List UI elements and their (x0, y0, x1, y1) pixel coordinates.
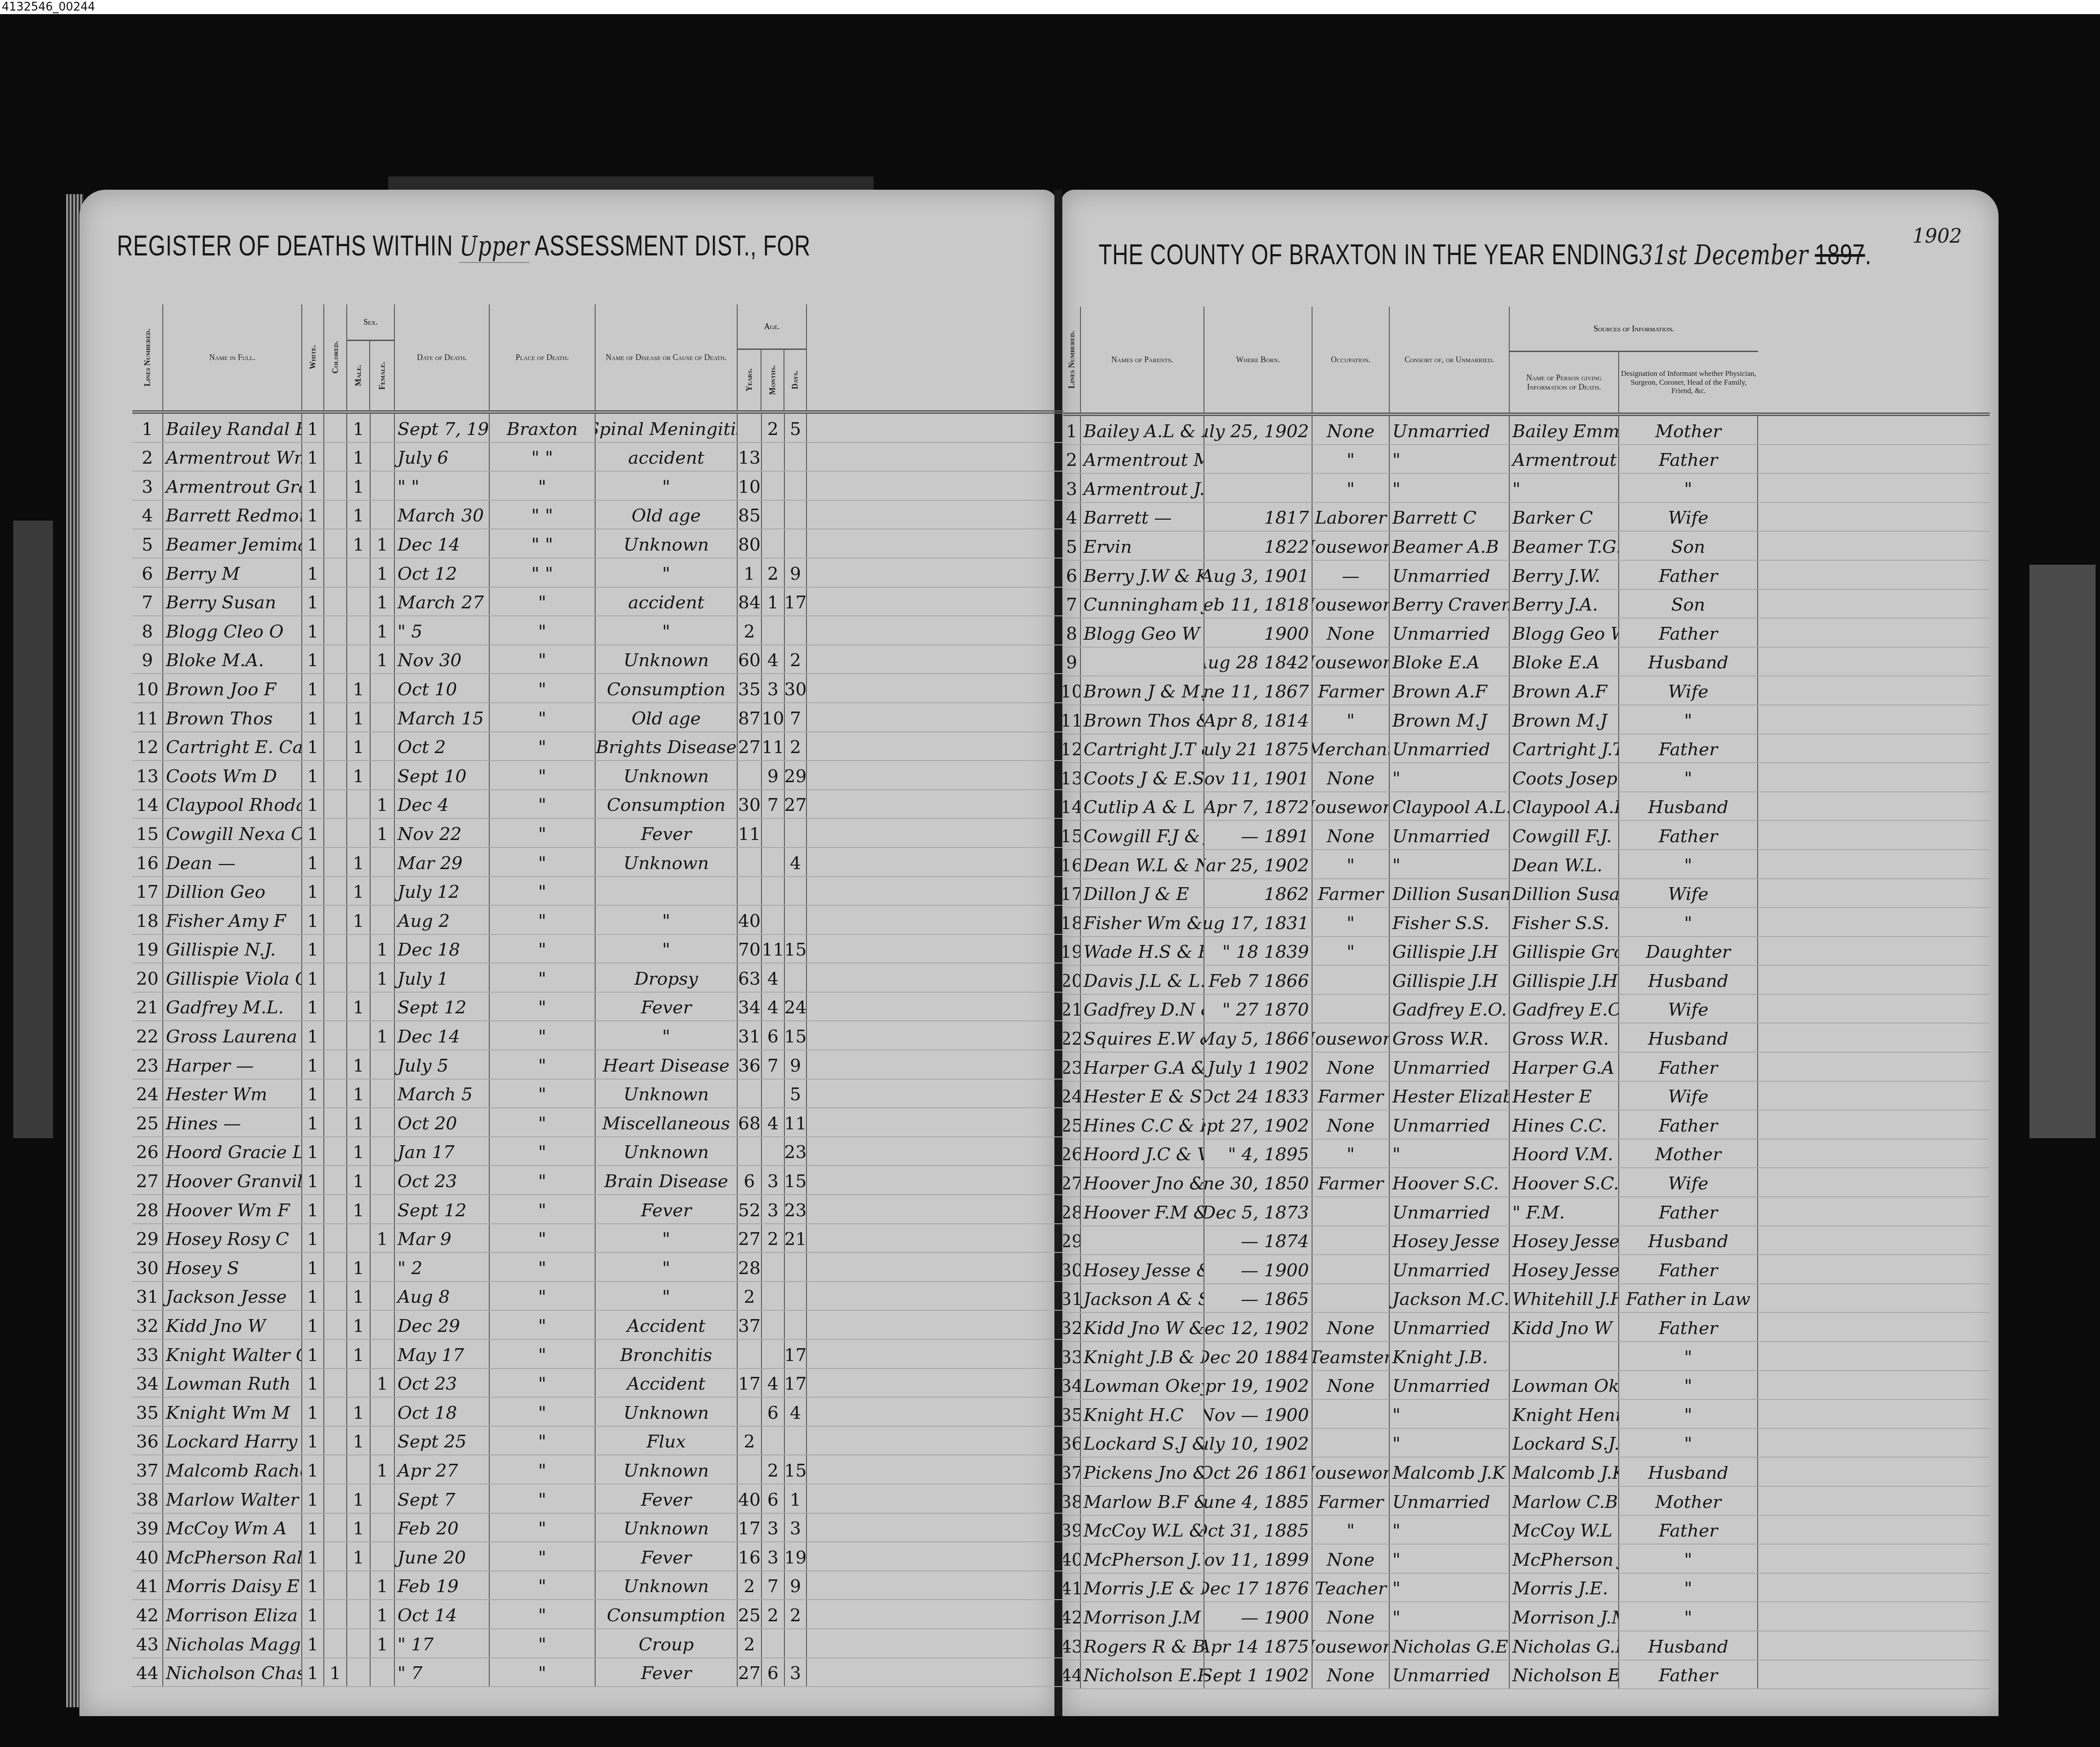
right-cell-consort: Gross W.R. (1390, 1023, 1510, 1052)
right-cell-occupation: None (1312, 821, 1390, 849)
left-cell-name: Bailey Randal E (163, 414, 302, 442)
left-cell-female (371, 1542, 395, 1571)
col-name-in-full: Name in Full. (163, 304, 302, 410)
left-cell-years: 17 (738, 1369, 762, 1397)
right-cell-occupation: None (1312, 1661, 1390, 1689)
right-cell-designation: Husband (1619, 1023, 1758, 1052)
right-cell-consort: " (1390, 1140, 1510, 1168)
right-cell-no: 21 (1063, 995, 1081, 1023)
right-cell-parents: Jackson A & S (1081, 1284, 1204, 1312)
left-table-row: 28Hoover Wm F11Sept 12"Fever52323 (132, 1195, 1063, 1224)
left-cell-date: Apr 27 (395, 1455, 490, 1484)
col-years: Years. (738, 350, 761, 410)
left-cell-no: 41 (132, 1571, 163, 1600)
left-cell-white: 1 (302, 906, 324, 934)
right-cell-informant: Dillion Susan (1510, 879, 1619, 907)
right-cell-informant: Cowgill F.J. (1510, 821, 1619, 849)
left-cell-colored (324, 819, 347, 847)
col-informant-designation: Designation of Informant whether Physici… (1619, 352, 1758, 412)
left-cell-male (347, 963, 371, 992)
left-cell-place: " (490, 645, 596, 674)
right-cell-no: 25 (1063, 1110, 1081, 1139)
right-cell-consort: Hester Elizabeth (1390, 1082, 1510, 1110)
left-cell-colored (324, 703, 347, 731)
right-cell-consort: Unmarried (1390, 1661, 1510, 1689)
left-cell-colored (324, 1427, 347, 1455)
col-female: Female. (370, 341, 394, 410)
right-cell-no: 35 (1063, 1400, 1081, 1428)
left-cell-colored (324, 1080, 347, 1108)
right-cell-occupation (1312, 1284, 1390, 1312)
right-cell-designation: Father (1619, 821, 1758, 849)
left-cell-name: Gillispie Viola O (163, 963, 302, 992)
left-cell-months: 4 (762, 1108, 785, 1136)
left-cell-colored (324, 1253, 347, 1281)
right-cell-informant: Gadfrey E.O. (1510, 995, 1619, 1023)
right-cell-occupation (1312, 995, 1390, 1023)
left-cell-months (762, 443, 785, 471)
left-cell-date: Oct 12 (395, 559, 490, 587)
right-cell-born: Apr 8, 1814 (1204, 705, 1312, 734)
left-table-row: 41Morris Daisy E11Feb 19"Unknown279 (132, 1571, 1063, 1601)
right-table-row: 27Hoover Jno & LJune 30, 1850FarmerHoove… (1063, 1168, 1990, 1197)
right-cell-consort: Bloke E.A (1390, 648, 1510, 676)
col-place-of-death: Place of Death. (490, 304, 596, 410)
left-cell-female: 1 (371, 963, 395, 992)
right-cell-informant: Hosey Jesse (1510, 1226, 1619, 1255)
left-table-row: 13Coots Wm D11Sept 10"Unknown929 (132, 761, 1063, 790)
left-cell-days: 4 (785, 848, 807, 876)
right-cell-born: Dec 5, 1873 (1204, 1197, 1312, 1226)
right-cell-informant: Gillispie J.H (1510, 966, 1619, 994)
right-cell-designation: Wife (1619, 879, 1758, 907)
right-cell-parents: Cutlip A & L (1081, 792, 1204, 821)
right-table-row: 36Lockard S.J & M.AJuly 10, 1902"Lockard… (1063, 1429, 1990, 1458)
left-cell-female: 1 (371, 645, 395, 674)
col-group-age: Age. Years. Months. Days. (738, 304, 807, 410)
left-cell-date: March 15 (395, 703, 490, 731)
left-table-row: 34Lowman Ruth11Oct 23"Accident17417 (132, 1369, 1063, 1398)
left-cell-cause: Brain Disease (596, 1166, 738, 1194)
left-cell-female (371, 703, 395, 731)
left-table-row: 5Beamer Jemima111Dec 14" "Unknown80 (132, 529, 1063, 559)
left-cell-date: Oct 20 (395, 1108, 490, 1136)
left-cell-months: 3 (762, 674, 785, 702)
left-cell-cause: Miscellaneous (596, 1108, 738, 1136)
right-cell-born: Apr 19, 1902 (1204, 1371, 1312, 1399)
left-cell-cause: Fever (596, 1542, 738, 1571)
left-cell-cause: " (596, 616, 738, 645)
left-cell-colored (324, 877, 347, 905)
left-cell-colored (324, 559, 347, 587)
left-cell-place: " (490, 1021, 596, 1050)
right-cell-born: July 25, 1902 (1204, 416, 1312, 444)
left-cell-male (347, 1369, 371, 1397)
left-cell-female (371, 1282, 395, 1310)
left-cell-white: 1 (302, 472, 324, 500)
left-cell-place: " (490, 674, 596, 702)
left-cell-years: 2 (738, 616, 762, 645)
right-cell-informant: Fisher S.S. (1510, 908, 1619, 936)
left-cell-female (371, 1311, 395, 1339)
left-cell-place: " (490, 906, 596, 934)
right-table-row: 14Cutlip A & LApr 7, 1872HouseworkClaypo… (1063, 792, 1990, 821)
right-cell-born: Nov 11, 1899 (1204, 1545, 1312, 1573)
left-cell-white: 1 (302, 1514, 324, 1542)
right-cell-occupation: None (1312, 1110, 1390, 1139)
left-cell-days: 29 (785, 761, 807, 789)
left-table-row: 4Barrett Redmon11March 30" "Old age85 (132, 501, 1063, 530)
left-cell-cause: accident (596, 588, 738, 616)
left-cell-male: 1 (347, 1398, 371, 1426)
right-cell-informant: Hoord V.M. (1510, 1140, 1619, 1168)
left-cell-name: McCoy Wm A (163, 1514, 302, 1542)
left-cell-female: 1 (371, 588, 395, 616)
left-cell-years: 2 (738, 1427, 762, 1455)
left-cell-white: 1 (302, 1137, 324, 1166)
left-cell-date: Aug 2 (395, 906, 490, 934)
right-cell-designation: " (1619, 705, 1758, 734)
right-cell-occupation (1312, 966, 1390, 994)
left-cell-male: 1 (347, 1137, 371, 1166)
left-cell-no: 43 (132, 1629, 163, 1657)
right-cell-parents: Fisher Wm & E (1081, 908, 1204, 936)
left-cell-white: 1 (302, 616, 324, 645)
right-cell-informant: Malcomb J.K (1510, 1458, 1619, 1486)
left-cell-years: 31 (738, 1021, 762, 1050)
left-cell-no: 30 (132, 1253, 163, 1281)
right-cell-parents: Rogers R & B (1081, 1631, 1204, 1660)
left-cell-female: 1 (371, 616, 395, 645)
left-cell-colored: 1 (324, 1658, 347, 1687)
right-cell-informant: Nicholas G.E. (1510, 1631, 1619, 1660)
left-table-row: 35Knight Wm M11Oct 18"Unknown64 (132, 1398, 1063, 1427)
left-cell-female (371, 1195, 395, 1223)
right-cell-informant: Bloke E.A (1510, 648, 1619, 676)
left-cell-date: March 30 (395, 501, 490, 529)
left-cell-white: 1 (302, 1369, 324, 1397)
left-cell-male (347, 1224, 371, 1252)
right-cell-consort: Dillion Susan (1390, 879, 1510, 907)
right-cell-no: 28 (1063, 1197, 1081, 1226)
right-cell-no: 2 (1063, 445, 1081, 473)
left-cell-name: Nicholson Chas (163, 1658, 302, 1687)
left-cell-female: 1 (371, 1571, 395, 1600)
left-cell-colored (324, 761, 347, 789)
left-cell-days: 23 (785, 1137, 807, 1166)
left-cell-name: Morris Daisy E (163, 1571, 302, 1600)
left-cell-days: 27 (785, 790, 807, 818)
left-cell-colored (324, 674, 347, 702)
right-cell-informant: " (1510, 474, 1619, 502)
left-cell-male: 1 (347, 1514, 371, 1542)
left-cell-no: 44 (132, 1658, 163, 1687)
right-cell-informant: Berry J.W. (1510, 561, 1619, 589)
right-cell-born: June 4, 1885 (1204, 1487, 1312, 1515)
left-cell-cause: Accident (596, 1369, 738, 1397)
left-table-row: 9Bloke M.A.11Nov 30"Unknown6042 (132, 645, 1063, 675)
right-cell-designation: Daughter (1619, 937, 1758, 965)
left-cell-years: 27 (738, 732, 762, 761)
left-cell-years: 40 (738, 906, 762, 934)
left-cell-name: Gillispie N.J. (163, 935, 302, 963)
left-cell-days (785, 616, 807, 645)
left-cell-months (762, 848, 785, 876)
left-cell-years: 1 (738, 559, 762, 587)
right-cell-born: July 10, 1902 (1204, 1429, 1312, 1457)
left-cell-male: 1 (347, 1108, 371, 1136)
right-table-row: 16Dean W.L & NMar 25, 1902""Dean W.L." (1063, 850, 1990, 879)
right-cell-parents: McPherson J.W & E.E (1081, 1545, 1204, 1573)
right-cell-designation: Wife (1619, 676, 1758, 705)
left-table-row: 7Berry Susan11March 27"accident84117 (132, 588, 1063, 617)
left-cell-years: 2 (738, 1571, 762, 1600)
left-cell-days (785, 1629, 807, 1657)
left-cell-female: 1 (371, 559, 395, 587)
right-cell-designation: Husband (1619, 966, 1758, 994)
left-cell-place: " (490, 1542, 596, 1571)
col-group-sex: Sex. Male. Female. (347, 304, 395, 410)
year-overwrite-handwritten: 1902 (1912, 225, 1962, 247)
right-cell-parents: Berry J.W & Kate (1081, 561, 1204, 589)
right-table-row: 22Squires E.W & MMay 5, 1866HouseworkGro… (1063, 1023, 1990, 1053)
right-cell-consort: Claypool A.L. (1390, 792, 1510, 821)
left-cell-months: 2 (762, 414, 785, 442)
left-cell-date: " 17 (395, 1629, 490, 1657)
right-cell-no: 7 (1063, 590, 1081, 618)
right-cell-occupation: Farmer (1312, 676, 1390, 705)
left-cell-name: Berry Susan (163, 588, 302, 616)
left-cell-white: 1 (302, 645, 324, 674)
right-cell-consort: Knight J.B. (1390, 1342, 1510, 1370)
left-cell-date: " " (395, 472, 490, 500)
left-cell-female (371, 501, 395, 529)
right-cell-occupation: " (1312, 1140, 1390, 1168)
left-table-row: 29Hosey Rosy C11Mar 9""27221 (132, 1224, 1063, 1253)
left-cell-days: 2 (785, 732, 807, 761)
col-months: Months. (761, 350, 784, 410)
right-cell-parents: Squires E.W & M (1081, 1023, 1204, 1052)
right-table-row: 10Brown J & M.JJune 11, 1867FarmerBrown … (1063, 676, 1990, 705)
left-cell-years: 27 (738, 1224, 762, 1252)
left-cell-cause: Unknown (596, 1514, 738, 1542)
left-cell-cause: Unknown (596, 1398, 738, 1426)
left-cell-male (347, 1658, 371, 1687)
left-cell-cause: " (596, 1021, 738, 1050)
left-cell-white: 1 (302, 963, 324, 992)
right-table-row: 17Dillon J & E1862FarmerDillion SusanDil… (1063, 879, 1990, 908)
right-table-row: 6Berry J.W & KateAug 3, 1901—UnmarriedBe… (1063, 561, 1990, 590)
left-cell-male: 1 (347, 501, 371, 529)
left-cell-years: 87 (738, 703, 762, 731)
left-cell-date: Oct 23 (395, 1369, 490, 1397)
right-cell-born: Apr 7, 1872 (1204, 792, 1312, 821)
left-cell-female: 1 (371, 790, 395, 818)
right-cell-consort: Unmarried (1390, 1487, 1510, 1515)
left-cell-date: Mar 29 (395, 848, 490, 876)
left-cell-colored (324, 1369, 347, 1397)
right-cell-born: " 18 1839 (1204, 937, 1312, 965)
right-cell-no: 34 (1063, 1371, 1081, 1399)
left-table-row: 14Claypool Rhoda11Dec 4"Consumption30727 (132, 790, 1063, 819)
left-cell-months: 7 (762, 1571, 785, 1600)
left-cell-name: Jackson Jesse (163, 1282, 302, 1310)
left-cell-male: 1 (347, 1340, 371, 1368)
right-cell-born: — 1865 (1204, 1284, 1312, 1312)
left-cell-male (347, 1021, 371, 1050)
left-cell-place: " (490, 761, 596, 789)
col-date-of-death: Date of Death. (395, 304, 490, 410)
left-cell-female (371, 472, 395, 500)
left-cell-place: " (490, 1311, 596, 1339)
right-table-row: 4Barrett —1817LaborerBarrett CBarker CWi… (1063, 503, 1990, 532)
left-table-row: 21Gadfrey M.L.11Sept 12"Fever34424 (132, 993, 1063, 1022)
right-table-row: 1Bailey A.L & EJuly 25, 1902NoneUnmarrie… (1063, 416, 1990, 445)
left-cell-colored (324, 935, 347, 963)
left-cell-place: " (490, 1253, 596, 1281)
right-cell-born: Feb 7 1866 (1204, 966, 1312, 994)
right-cell-born: Dec 20 1884 (1204, 1342, 1312, 1370)
left-cell-female (371, 1514, 395, 1542)
left-cell-male (347, 935, 371, 963)
right-table-row: 3Armentrout J.M & S"""" (1063, 474, 1990, 503)
left-cell-name: Knight Walter G (163, 1340, 302, 1368)
left-table-row: 2Armentrout Wm H11July 6" "accident13 (132, 443, 1063, 472)
right-table-row: 26Hoord J.C & V.M." 4, 1895""Hoord V.M.M… (1063, 1140, 1990, 1169)
left-cell-days: 30 (785, 674, 807, 702)
left-cell-name: Berry M (163, 559, 302, 587)
left-cell-cause: Old age (596, 501, 738, 529)
left-cell-no: 26 (132, 1137, 163, 1166)
right-cell-no: 15 (1063, 821, 1081, 849)
left-cell-months (762, 1629, 785, 1657)
left-cell-white: 1 (302, 1427, 324, 1455)
left-cell-place: " (490, 1080, 596, 1108)
right-cell-occupation: Teamster (1312, 1342, 1390, 1370)
left-cell-place: " (490, 1600, 596, 1628)
left-cell-years: 52 (738, 1195, 762, 1223)
right-cell-parents: Barrett — (1081, 503, 1204, 531)
right-table-row: 43Rogers R & BApr 14 1875HouseworkNichol… (1063, 1631, 1990, 1661)
left-cell-months: 3 (762, 1166, 785, 1194)
left-cell-male (347, 1455, 371, 1484)
left-cell-male (347, 819, 371, 847)
left-cell-colored (324, 1224, 347, 1252)
right-cell-born: 1817 (1204, 503, 1312, 531)
right-cell-born: — 1891 (1204, 821, 1312, 849)
left-cell-date: Oct 2 (395, 732, 490, 761)
right-cell-consort: " (1390, 1516, 1510, 1544)
left-cell-date: Oct 10 (395, 674, 490, 702)
right-cell-born: Dec 12, 1902 (1204, 1313, 1312, 1341)
left-cell-days: 5 (785, 1080, 807, 1108)
right-cell-born: Aug 3, 1901 (1204, 561, 1312, 589)
left-cell-months (762, 501, 785, 529)
left-cell-no: 15 (132, 819, 163, 847)
left-cell-name: Claypool Rhoda (163, 790, 302, 818)
left-cell-female (371, 674, 395, 702)
right-cell-consort: Unmarried (1390, 1255, 1510, 1283)
left-cell-female (371, 1427, 395, 1455)
right-cell-occupation: " (1312, 1516, 1390, 1544)
right-cell-born: Sept 1 1902 (1204, 1661, 1312, 1689)
right-cell-no: 19 (1063, 937, 1081, 965)
right-cell-occupation: Merchant (1312, 735, 1390, 763)
left-cell-place: " (490, 1427, 596, 1455)
right-table-row: 8Blogg Geo W & C.A1900NoneUnmarriedBlogg… (1063, 619, 1990, 648)
left-cell-name: Malcomb Rachel (163, 1455, 302, 1484)
left-cell-date: Sept 10 (395, 761, 490, 789)
left-cell-months: 3 (762, 1542, 785, 1571)
right-cell-informant: Armentrout J.M (1510, 445, 1619, 473)
left-cell-date: Aug 8 (395, 1282, 490, 1310)
left-cell-female (371, 414, 395, 442)
left-cell-cause: Spinal Meningitis (596, 414, 738, 442)
right-table-row: 34Lowman Okey & MApr 19, 1902NoneUnmarri… (1063, 1371, 1990, 1400)
right-table-row: 7Cunningham J & MFeb 11, 1818HouseworkBe… (1063, 590, 1990, 619)
left-cell-date: " 5 (395, 616, 490, 645)
right-cell-born: " 27 1870 (1204, 995, 1312, 1023)
left-cell-no: 27 (132, 1166, 163, 1194)
right-cell-informant: Whitehill J.H (1510, 1284, 1619, 1312)
right-cell-informant: " F.M. (1510, 1197, 1619, 1226)
right-page-title: THE COUNTY OF BRAXTON IN THE YEAR ENDING… (1099, 238, 1871, 271)
left-cell-cause: Fever (596, 1195, 738, 1223)
right-cell-designation: " (1619, 474, 1758, 502)
right-cell-designation: Husband (1619, 792, 1758, 821)
left-cell-male: 1 (347, 1427, 371, 1455)
right-cell-no: 20 (1063, 966, 1081, 994)
left-cell-female: 1 (371, 1600, 395, 1628)
left-cell-name: Blogg Cleo O (163, 616, 302, 645)
right-cell-consort: Hoover S.C. (1390, 1168, 1510, 1196)
left-cell-place: " (490, 1571, 596, 1600)
left-cell-years: 37 (738, 1311, 762, 1339)
left-cell-name: Cowgill Nexa O (163, 819, 302, 847)
left-cell-days (785, 443, 807, 471)
left-cell-female (371, 1050, 395, 1079)
right-cell-born: Nov — 1900 (1204, 1400, 1312, 1428)
right-cell-born: Oct 26 1861 (1204, 1458, 1312, 1486)
left-cell-white: 1 (302, 761, 324, 789)
left-cell-years: 70 (738, 935, 762, 963)
left-cell-female: 1 (371, 1369, 395, 1397)
left-cell-months: 11 (762, 732, 785, 761)
right-cell-designation: " (1619, 763, 1758, 791)
left-cell-male: 1 (347, 674, 371, 702)
right-cell-parents: Lowman Okey & M (1081, 1371, 1204, 1399)
right-cell-designation: " (1619, 1400, 1758, 1428)
left-cell-colored (324, 1600, 347, 1628)
left-cell-years: 36 (738, 1050, 762, 1079)
left-table-row: 6Berry M11Oct 12" ""129 (132, 559, 1063, 588)
right-cell-occupation: None (1312, 1053, 1390, 1081)
right-cell-designation: Father (1619, 1313, 1758, 1341)
left-cell-years (738, 877, 762, 905)
left-cell-place: " (490, 588, 596, 616)
left-cell-days (785, 529, 807, 558)
left-cell-date: March 5 (395, 1080, 490, 1108)
left-cell-years: 35 (738, 674, 762, 702)
left-cell-place: " (490, 963, 596, 992)
right-cell-no: 10 (1063, 676, 1081, 705)
right-table-row: 20Davis J.L & L.EFeb 7 1866Gillispie J.H… (1063, 966, 1990, 995)
left-cell-date: " 2 (395, 1253, 490, 1281)
left-cell-days: 7 (785, 703, 807, 731)
left-cell-place: " (490, 1282, 596, 1310)
right-cell-designation: Father (1619, 619, 1758, 647)
left-cell-no: 4 (132, 501, 163, 529)
